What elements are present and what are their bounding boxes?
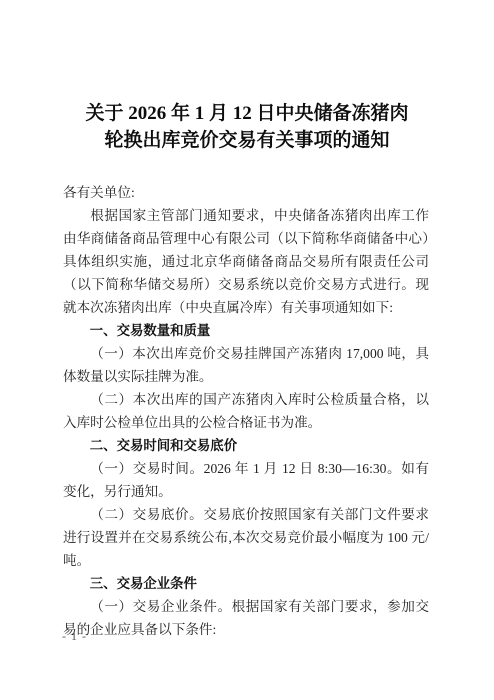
section-1-paragraph-2: （二）本次出库的国产冻猪肉入库时公检质量合格，以入库时公检单位出具的公检合格证书…	[63, 388, 429, 434]
section-2-heading: 二、交易时间和交易底价	[63, 434, 429, 457]
salutation: 各有关单位:	[63, 181, 429, 204]
section-3-paragraph-1: （一）交易企业条件。根据国家有关部门要求，参加交易的企业应具备以下条件:	[63, 595, 429, 641]
title-line-2: 轮换出库竞价交易有关事项的通知	[0, 127, 494, 154]
section-2-paragraph-1: （一）交易时间。2026 年 1 月 12 日 8:30—16:30。如有变化，…	[63, 457, 429, 503]
intro-paragraph: 根据国家主管部门通知要求，中央储备冻猪肉出库工作由华商储备商品管理中心有限公司（…	[63, 204, 429, 319]
document-body: 各有关单位: 根据国家主管部门通知要求，中央储备冻猪肉出库工作由华商储备商品管理…	[63, 181, 429, 641]
section-1-paragraph-1: （一）本次出库竞价交易挂牌国产冻猪肉 17,000 吨，具体数量以实际挂牌为准。	[63, 342, 429, 388]
title-line-1: 关于 2026 年 1 月 12 日中央储备冻猪肉	[0, 100, 494, 127]
section-2-paragraph-2: （二）交易底价。交易底价按照国家有关部门文件要求进行设置并在交易系统公布,本次交…	[63, 503, 429, 572]
page-number: - 1 -	[62, 629, 87, 644]
document-page: 关于 2026 年 1 月 12 日中央储备冻猪肉 轮换出库竞价交易有关事项的通…	[0, 0, 494, 700]
section-1-heading: 一、交易数量和质量	[63, 319, 429, 342]
document-title: 关于 2026 年 1 月 12 日中央储备冻猪肉 轮换出库竞价交易有关事项的通…	[0, 100, 494, 154]
section-3-heading: 三、交易企业条件	[63, 572, 429, 595]
